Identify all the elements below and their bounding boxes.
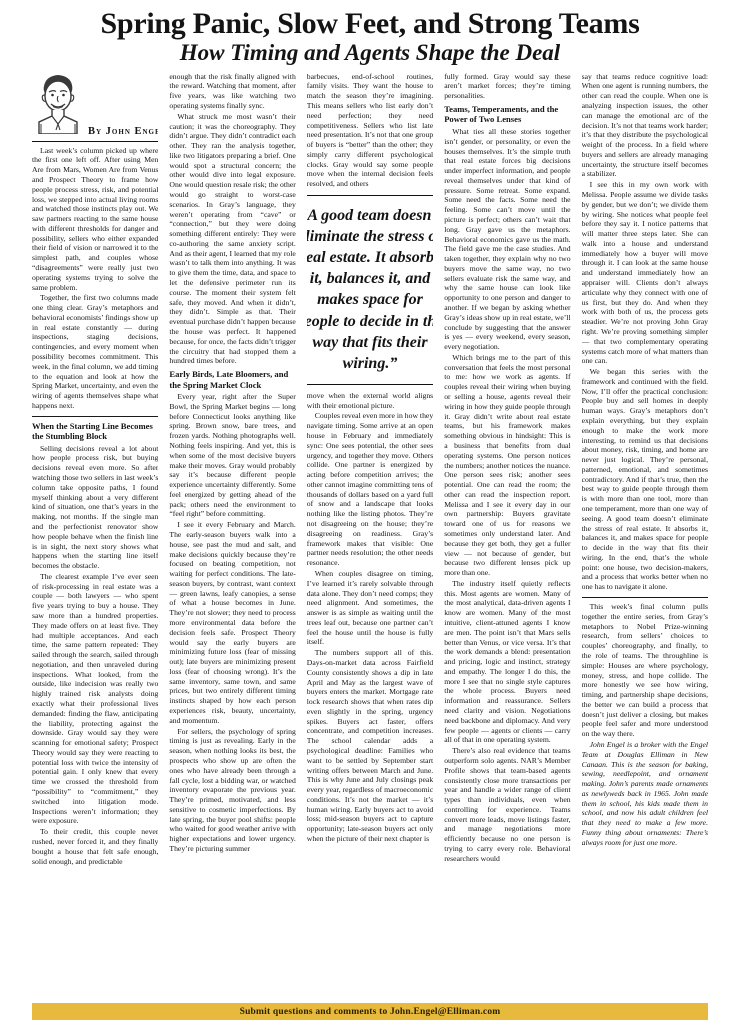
- article-paragraph: move when the external world aligns with…: [307, 391, 433, 411]
- column-4-text: fully formed. Gray would say these aren’…: [444, 72, 570, 864]
- article-paragraph: To their credit, this couple never rushe…: [32, 827, 158, 866]
- article-paragraph: The clearest example I’ve ever seen of r…: [32, 572, 158, 826]
- column-5: say that teams reduce cognitive load: Wh…: [582, 72, 708, 999]
- article-paragraph: What struck me most wasn’t their caution…: [169, 112, 295, 366]
- column-3: barbecues, end-of-school routines, famil…: [307, 72, 433, 999]
- article-paragraph: This week’s final column pulls together …: [582, 602, 708, 739]
- article-paragraph: say that teams reduce cognitive load: Wh…: [582, 72, 708, 180]
- article-paragraph: The industry itself quietly reflects thi…: [444, 579, 570, 745]
- author-portrait: [32, 72, 84, 139]
- column-3-text: barbecues, end-of-school routines, famil…: [307, 72, 433, 844]
- article-paragraph: Every year, right after the Super Bowl, …: [169, 392, 295, 519]
- article-columns: By John Engel Last week’s column picked …: [32, 72, 708, 999]
- article-paragraph: We began this series with the framework …: [582, 367, 708, 592]
- footer-banner: Submit questions and comments to John.En…: [32, 1003, 708, 1020]
- column-5-text: say that teams reduce cognitive load: Wh…: [582, 72, 708, 848]
- section-divider: [582, 597, 708, 598]
- column-2: enough that the risk finally aligned wit…: [169, 72, 295, 999]
- section-divider: [32, 416, 158, 417]
- newspaper-page: Spring Panic, Slow Feet, and Strong Team…: [0, 0, 740, 1024]
- article-paragraph: I see it every February and March. The e…: [169, 520, 295, 725]
- column-1-text: Last week’s column picked up where the f…: [32, 146, 158, 867]
- article-paragraph: fully formed. Gray would say these aren’…: [444, 72, 570, 101]
- masthead: Spring Panic, Slow Feet, and Strong Team…: [32, 6, 708, 72]
- article-paragraph: barbecues, end-of-school routines, famil…: [307, 72, 433, 189]
- pull-quote: “A good team doesn’t eliminate the stres…: [307, 195, 433, 385]
- article-paragraph: Couples reveal even more in how they nav…: [307, 411, 433, 568]
- article-paragraph: There’s also real evidence that teams ou…: [444, 746, 570, 863]
- article-paragraph: The numbers support all of this. Days-on…: [307, 648, 433, 844]
- article-paragraph: Last week’s column picked up where the f…: [32, 146, 158, 293]
- page-subtitle: How Timing and Agents Shape the Deal: [32, 41, 708, 65]
- article-paragraph: For sellers, the psychology of spring ti…: [169, 727, 295, 854]
- section-heading: When the Starting Line Becomes the Stumb…: [32, 421, 158, 442]
- byline: By John Engel: [88, 126, 158, 139]
- article-paragraph: Together, the first two columns made one…: [32, 293, 158, 410]
- byline-block: By John Engel: [32, 72, 158, 142]
- column-1: By John Engel Last week’s column picked …: [32, 72, 158, 999]
- column-4: fully formed. Gray would say these aren’…: [444, 72, 570, 999]
- section-heading: Teams, Temperaments, and the Power of Tw…: [444, 104, 570, 125]
- page-title: Spring Panic, Slow Feet, and Strong Team…: [32, 8, 708, 40]
- column-2-text: enough that the risk finally aligned wit…: [169, 72, 295, 854]
- article-paragraph: Selling decisions reveal a lot about how…: [32, 444, 158, 571]
- footer-text: Submit questions and comments to John.En…: [240, 1007, 501, 1017]
- article-paragraph: enough that the risk finally aligned wit…: [169, 72, 295, 111]
- author-bio: John Engel is a broker with the Engel Te…: [582, 740, 708, 848]
- article-paragraph: Which brings me to the part of this conv…: [444, 353, 570, 578]
- section-heading: Early Birds, Late Bloomers, and the Spri…: [169, 369, 295, 390]
- article-paragraph: I see this in my own work with Melissa. …: [582, 180, 708, 366]
- article-paragraph: What ties all these stories together isn…: [444, 127, 570, 352]
- article-paragraph: When couples disagree on timing, I’ve le…: [307, 569, 433, 647]
